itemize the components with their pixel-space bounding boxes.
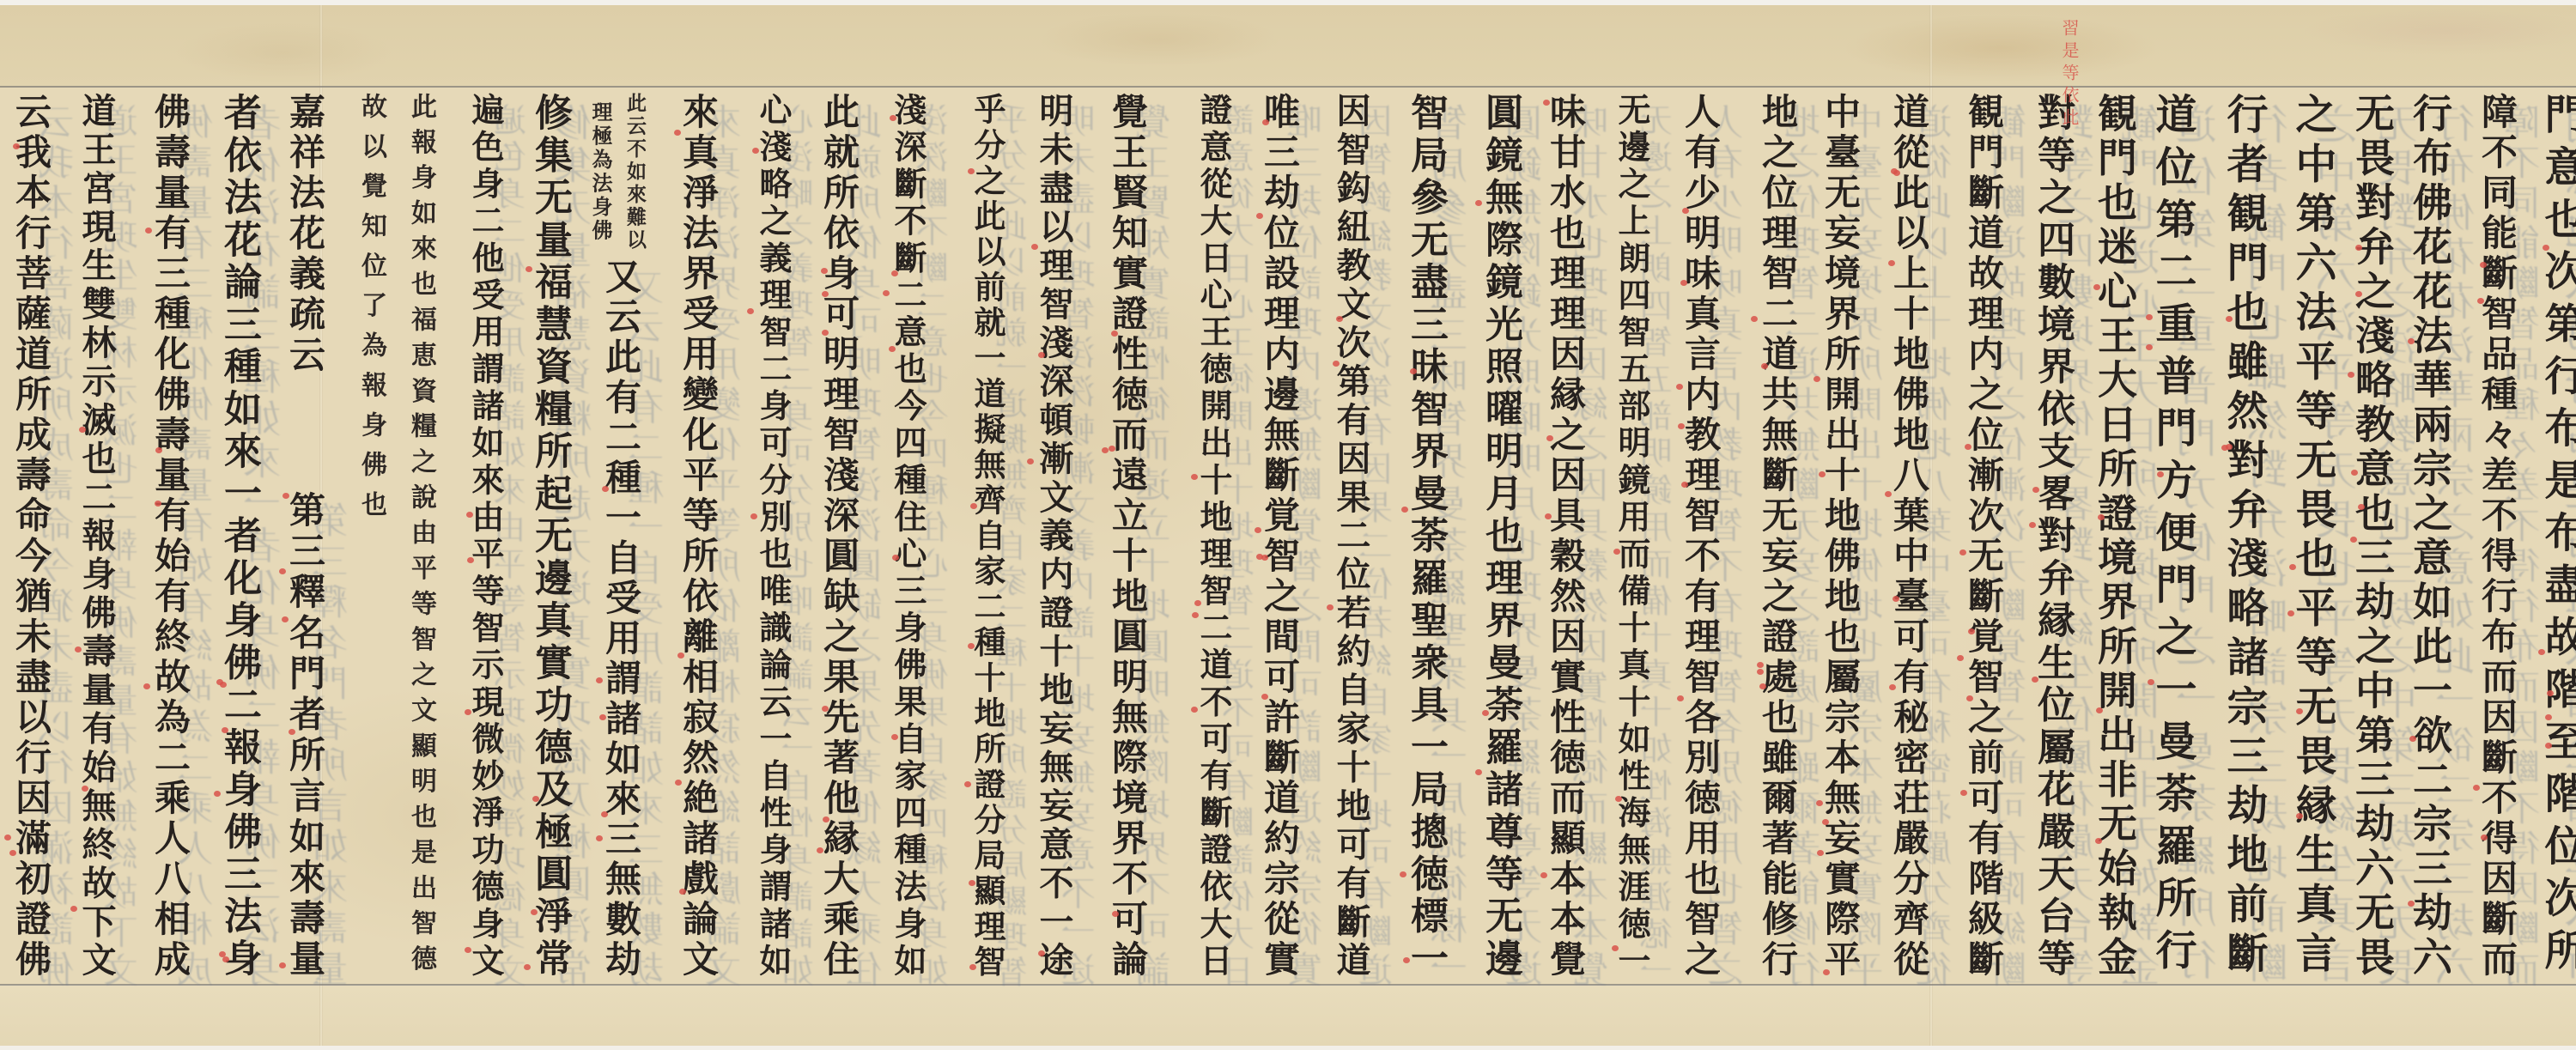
red-punctuation-dot <box>1333 361 1340 367</box>
red-punctuation-dot <box>1546 435 1553 441</box>
red-punctuation-dot <box>969 964 976 970</box>
red-punctuation-dot <box>1401 507 1408 513</box>
red-punctuation-dot <box>2408 338 2415 344</box>
red-punctuation-dot <box>1751 316 1758 322</box>
red-punctuation-dot <box>2146 344 2153 350</box>
red-punctuation-dot <box>222 727 228 733</box>
red-punctuation-dot <box>1893 170 1900 176</box>
red-punctuation-dot <box>2409 736 2416 742</box>
red-punctuation-dot <box>2348 372 2354 378</box>
red-punctuation-dot <box>2095 838 2102 844</box>
red-punctuation-dot <box>1885 491 1892 497</box>
red-punctuation-dot <box>601 811 608 817</box>
red-punctuation-dot <box>747 308 754 314</box>
red-punctuation-dot <box>969 880 975 886</box>
red-punctuation-dot <box>155 447 162 453</box>
red-punctuation-dot <box>2093 284 2100 290</box>
red-punctuation-dot <box>2351 470 2358 476</box>
red-punctuation-dot <box>1482 710 1489 716</box>
red-punctuation-dot <box>1194 600 1201 606</box>
red-punctuation-dot <box>1031 244 1038 250</box>
red-punctuation-dot <box>599 714 606 720</box>
red-punctuation-dot <box>1682 208 1689 214</box>
red-punctuation-layer <box>0 0 2576 1050</box>
red-punctuation-dot <box>752 148 759 154</box>
red-punctuation-dot <box>1959 549 1966 555</box>
red-punctuation-dot <box>466 512 473 518</box>
red-punctuation-dot <box>1677 695 1684 701</box>
red-punctuation-dot <box>1336 316 1343 322</box>
red-punctuation-dot <box>1889 684 1896 690</box>
red-punctuation-dot <box>2032 487 2039 493</box>
red-punctuation-dot <box>1038 352 1045 358</box>
red-punctuation-dot <box>2480 262 2487 268</box>
red-punctuation-dot <box>968 643 975 649</box>
red-punctuation-dot <box>2355 245 2362 251</box>
red-punctuation-dot <box>964 781 971 787</box>
red-punctuation-dot <box>524 964 531 970</box>
red-punctuation-dot <box>596 835 603 841</box>
red-punctuation-dot <box>2543 245 2549 251</box>
red-punctuation-dot <box>1613 549 1620 555</box>
red-punctuation-dot <box>1615 796 1622 802</box>
red-punctuation-dot <box>891 734 898 740</box>
red-punctuation-dot <box>674 130 681 136</box>
red-punctuation-dot <box>1757 662 1764 668</box>
red-punctuation-dot <box>970 503 977 509</box>
red-punctuation-dot <box>822 291 829 297</box>
red-punctuation-dot <box>289 729 295 735</box>
red-punctuation-dot <box>2221 445 2228 451</box>
red-punctuation-dot <box>1255 527 1261 533</box>
red-punctuation-dot <box>1888 260 1895 266</box>
red-punctuation-dot <box>2350 537 2357 543</box>
red-punctuation-dot <box>1256 213 1263 219</box>
red-punctuation-dot <box>750 513 757 519</box>
red-punctuation-dot <box>1676 384 1683 390</box>
red-punctuation-dot <box>1543 100 1550 106</box>
red-punctuation-dot <box>1822 819 1829 825</box>
red-punctuation-dot <box>677 652 684 659</box>
red-punctuation-dot <box>282 616 289 622</box>
red-punctuation-dot <box>1680 280 1687 286</box>
red-punctuation-dot <box>2355 291 2362 297</box>
red-punctuation-dot <box>1814 376 1820 382</box>
red-punctuation-dot <box>883 290 890 296</box>
red-punctuation-dot <box>1540 872 1547 878</box>
red-punctuation-dot <box>602 486 609 492</box>
red-punctuation-dot <box>214 791 221 797</box>
red-punctuation-dot <box>675 780 682 786</box>
red-punctuation-dot <box>2289 564 2296 570</box>
red-punctuation-dot <box>2408 901 2415 907</box>
red-punctuation-dot <box>155 501 161 507</box>
red-punctuation-dot <box>532 796 539 802</box>
red-punctuation-dot <box>822 330 829 336</box>
red-punctuation-dot <box>823 816 829 822</box>
red-punctuation-dot <box>1261 555 1268 561</box>
red-punctuation-dot <box>1109 446 1115 452</box>
red-punctuation-dot <box>2296 708 2303 714</box>
red-punctuation-dot <box>1612 945 1619 951</box>
red-punctuation-dot <box>2098 514 2105 520</box>
red-punctuation-dot <box>2157 471 2164 477</box>
red-punctuation-dot <box>679 889 686 895</box>
red-punctuation-dot <box>1192 612 1199 618</box>
red-punctuation-dot <box>1681 482 1688 488</box>
red-punctuation-dot <box>1410 368 1417 374</box>
red-punctuation-dot <box>1819 471 1826 477</box>
red-punctuation-dot <box>1027 458 1034 464</box>
red-punctuation-dot <box>1112 911 1119 917</box>
red-punctuation-dot <box>1191 474 1198 480</box>
red-punctuation-dot <box>2146 314 2153 320</box>
red-punctuation-dot <box>1968 628 1975 634</box>
red-punctuation-dot <box>283 493 289 499</box>
red-punctuation-dot <box>1966 695 1973 701</box>
red-punctuation-dot <box>890 115 896 121</box>
red-punctuation-dot <box>531 909 538 915</box>
red-punctuation-dot <box>1965 444 1971 450</box>
red-punctuation-dot <box>1960 790 1967 796</box>
red-punctuation-dot <box>222 956 229 962</box>
red-punctuation-dot <box>891 270 898 276</box>
red-punctuation-dot <box>596 677 603 683</box>
red-punctuation-dot <box>9 850 16 856</box>
red-punctuation-dot <box>2545 743 2552 749</box>
red-punctuation-dot <box>279 568 286 574</box>
red-punctuation-dot <box>1403 957 1410 963</box>
red-punctuation-dot <box>2096 707 2103 713</box>
red-punctuation-dot <box>143 683 150 689</box>
red-punctuation-dot <box>1038 950 1045 956</box>
red-punctuation-dot <box>2296 813 2303 819</box>
red-punctuation-dot <box>892 555 899 561</box>
red-punctuation-dot <box>2545 714 2552 720</box>
red-punctuation-dot <box>2547 690 2554 696</box>
red-punctuation-dot <box>2473 785 2480 791</box>
red-punctuation-dot <box>1262 119 1269 125</box>
red-punctuation-dot <box>145 228 152 234</box>
red-punctuation-dot <box>2226 316 2233 322</box>
red-punctuation-dot <box>1817 850 1824 856</box>
red-punctuation-dot <box>467 557 474 563</box>
red-punctuation-dot <box>1191 707 1198 713</box>
red-punctuation-dot <box>822 706 829 712</box>
red-punctuation-dot <box>1261 694 1268 700</box>
red-punctuation-dot <box>1111 331 1118 337</box>
red-punctuation-dot <box>1545 513 1552 519</box>
red-punctuation-dot <box>2538 649 2545 655</box>
red-punctuation-dot <box>817 847 823 853</box>
red-punctuation-dot <box>1761 363 1768 369</box>
red-punctuation-dot <box>1102 447 1109 453</box>
red-punctuation-dot <box>1823 969 1830 975</box>
red-punctuation-dot <box>2358 504 2365 510</box>
red-punctuation-dot <box>821 268 828 274</box>
red-punctuation-dot <box>2481 835 2488 841</box>
red-punctuation-dot <box>526 266 532 272</box>
red-punctuation-dot <box>1400 871 1406 877</box>
red-punctuation-dot <box>75 646 82 652</box>
red-punctuation-dot <box>465 709 471 715</box>
red-punctuation-dot <box>79 427 86 433</box>
red-punctuation-dot <box>1759 683 1766 689</box>
red-punctuation-dot <box>2148 679 2154 685</box>
red-punctuation-dot <box>1816 800 1823 806</box>
red-punctuation-dot <box>1327 604 1334 610</box>
red-punctuation-dot <box>1678 423 1685 429</box>
red-punctuation-dot <box>1475 769 1482 775</box>
red-punctuation-dot <box>70 906 77 912</box>
red-punctuation-dot <box>2032 677 2038 683</box>
red-punctuation-dot <box>2477 298 2484 304</box>
red-punctuation-dot <box>13 143 20 149</box>
red-punctuation-dot <box>4 835 11 841</box>
red-punctuation-dot <box>82 786 88 792</box>
red-punctuation-dot <box>1475 200 1482 206</box>
red-punctuation-dot <box>1957 655 1964 661</box>
red-punctuation-dot <box>279 962 286 968</box>
red-punctuation-dot <box>2029 522 2036 528</box>
red-punctuation-dot <box>2287 610 2294 616</box>
red-punctuation-dot <box>465 947 471 953</box>
red-punctuation-dot <box>1893 596 1899 602</box>
red-punctuation-dot <box>968 168 975 174</box>
red-punctuation-dot <box>1757 669 1764 675</box>
red-punctuation-dot <box>889 346 896 352</box>
